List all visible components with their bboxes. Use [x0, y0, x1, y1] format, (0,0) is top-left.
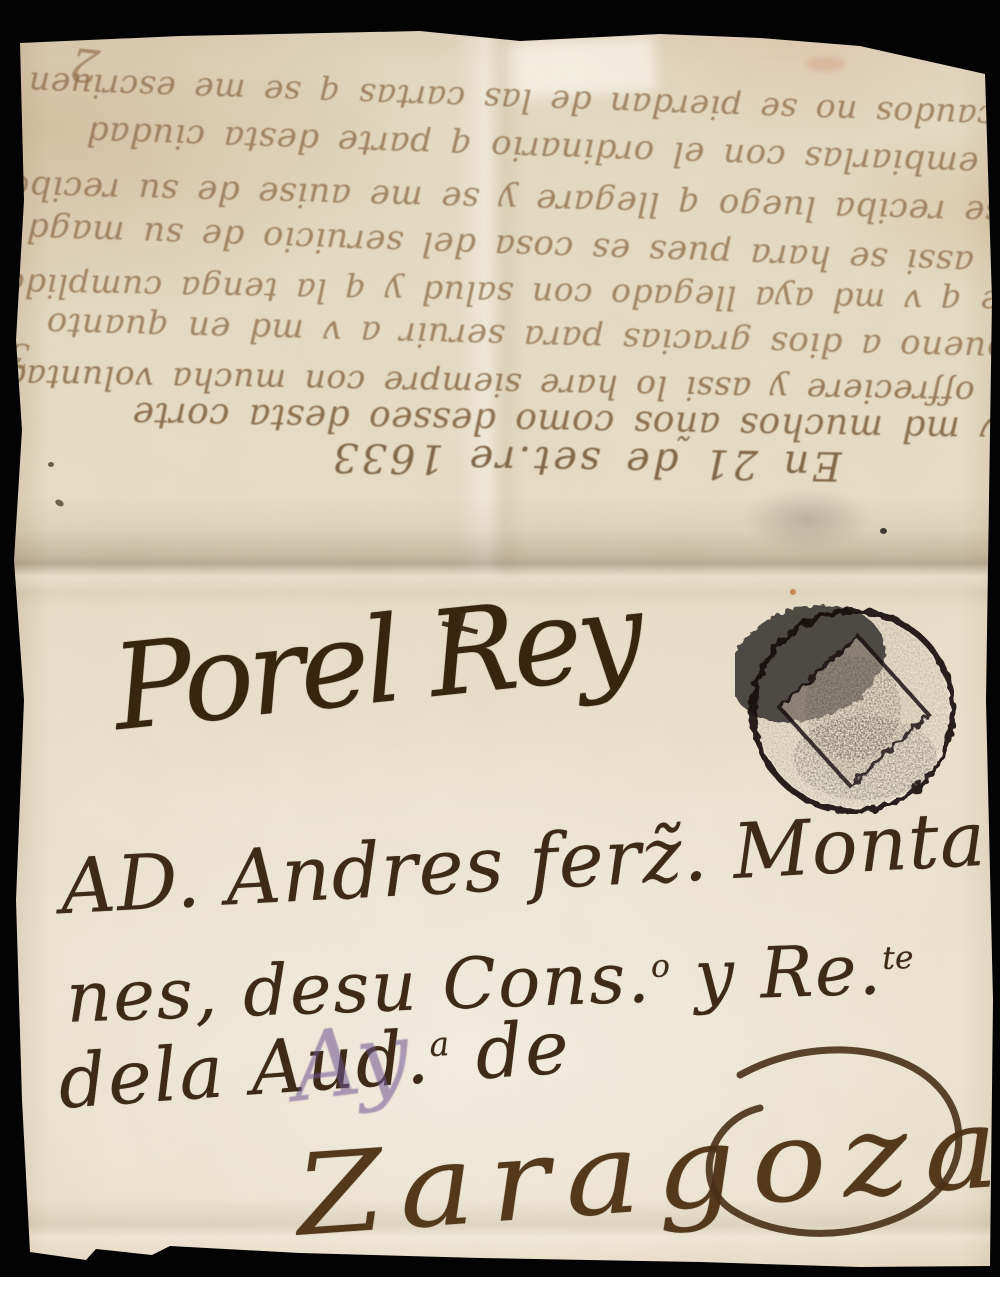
letter-paper: 2 ʒ y para q los recaudos no se pierdan …: [0, 0, 1000, 1300]
ink-speck: [880, 528, 887, 534]
postmark-offset-smudge: [742, 488, 872, 550]
superscript-o: o: [650, 948, 670, 985]
pink-stain: [806, 57, 846, 71]
violet-collector-mark: Ay: [286, 1001, 416, 1123]
address-line3-text: y Re.: [669, 928, 884, 1017]
postmark-seal: [735, 596, 971, 832]
superscript-te: te: [882, 940, 915, 977]
pen-flourish: [640, 1030, 1000, 1280]
rust-speck: [790, 589, 796, 595]
ink-speck: [48, 462, 54, 467]
letter-scan: 2 ʒ y para q los recaudos no se pierdan …: [0, 0, 1000, 1300]
address-line4-text: de: [447, 1004, 573, 1098]
verso-date-line: En 21 de set.re 1633: [330, 434, 842, 489]
